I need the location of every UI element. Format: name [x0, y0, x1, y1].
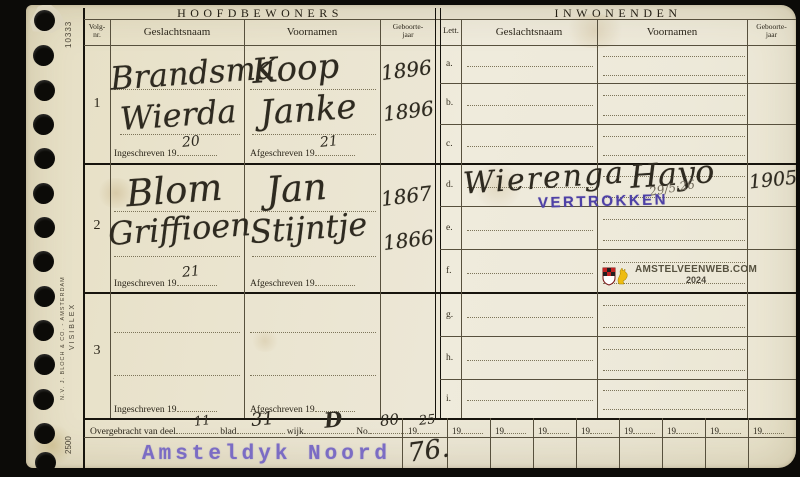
address-stamp: Amsteldyk Noord: [142, 443, 391, 466]
ingeschreven-field: Ingeschreven 1921: [114, 276, 217, 289]
row-letter: b.: [446, 98, 453, 108]
block-number: 1: [84, 96, 110, 112]
binder-hole: [34, 80, 55, 101]
row-letter: i.: [446, 394, 451, 404]
binder-hole: [33, 45, 54, 66]
binder-hole: [34, 354, 55, 375]
entry-birthyear: 1896: [380, 57, 433, 83]
column-header-firstnames-left: Voornamen: [244, 26, 380, 38]
column-header-lett: Lett.: [441, 25, 461, 35]
column-header-birthyear-left: Geboorte- jaar: [380, 23, 436, 39]
vertrokken-stamp: VERTROKKEN: [538, 191, 668, 211]
section-title-hoofdbewoners: HOOFDBEWONERS: [84, 6, 436, 21]
serial-number-top: 10333: [64, 8, 73, 48]
watermark-site: AMSTELVEENWEB.COM: [635, 264, 757, 275]
row-letter: e.: [446, 223, 453, 233]
entry-firstnames: Janke: [259, 90, 358, 131]
binder-hole: [35, 452, 56, 473]
table-left-border: [83, 8, 85, 468]
year-cell: 19: [538, 424, 569, 436]
print-count: 2500: [64, 418, 73, 454]
entry-surname: Wierda: [119, 95, 237, 135]
binder-hole: [34, 10, 55, 31]
scan-background: 10333 N.V. J. BLOCH & CO. - AMSTERDAM VI…: [0, 0, 800, 477]
manufacturer-name: N.V. J. BLOCH & CO. - AMSTERDAM: [60, 150, 66, 400]
column-header-surname-left: Geslachtsnaam: [110, 26, 244, 38]
year-cell: 19: [667, 424, 698, 436]
watermark-year: 2024: [635, 275, 757, 285]
row-letter: a.: [446, 59, 453, 69]
register-card: 10333 N.V. J. BLOCH & CO. - AMSTERDAM VI…: [26, 5, 796, 468]
entry-firstnames: Jan: [265, 168, 328, 209]
entry-firstnames: Stijntje: [249, 208, 368, 248]
year-cell: 19: [624, 424, 655, 436]
blad-value: 31: [250, 410, 275, 430]
row-letter: h.: [446, 353, 453, 363]
block-number: 2: [84, 218, 110, 234]
year-cell: 19: [710, 424, 741, 436]
binder-hole: [33, 320, 54, 341]
binder-hole: [33, 389, 54, 410]
entry-surname: Blom: [125, 169, 224, 213]
year-cell-value: 25: [418, 413, 436, 428]
binder-hole: [34, 217, 55, 238]
row-letter: g.: [446, 310, 453, 320]
binder-hole: [34, 286, 55, 307]
entry-firstnames: Koop: [251, 49, 340, 89]
block-number: 3: [84, 343, 110, 359]
amstelveen-coat-of-arms-icon: [601, 266, 631, 291]
watermark: AMSTELVEENWEB.COM 2024: [601, 264, 757, 291]
row-letter: c.: [446, 139, 453, 149]
afgeschreven-field: Afgeschreven 19: [250, 276, 355, 289]
binder-hole: [34, 148, 55, 169]
center-divider: [435, 8, 441, 418]
paper-stain: [250, 330, 280, 352]
column-header-birthyear-right: Geboorte- jaar: [747, 23, 796, 39]
afgeschreven-year-value: 21: [319, 134, 338, 150]
deel-value: 11: [193, 414, 211, 429]
row-letter: f.: [446, 266, 452, 276]
afgeschreven-field: Afgeschreven 1921: [250, 146, 355, 159]
year-cell: 19: [452, 424, 483, 436]
column-header-firstnames-right: Voornamen: [597, 26, 747, 38]
entry-birthyear: 1896: [382, 98, 435, 124]
overgebracht-field: Overgebracht van deel11 blad31 wijkD No.…: [90, 424, 410, 437]
entry-birthyear: 1866: [382, 227, 435, 253]
row-letter: d.: [446, 180, 453, 190]
house-number: 76.: [406, 435, 451, 467]
year-cell: 19: [753, 424, 784, 436]
column-header-volgnr: Volg- nr.: [84, 23, 110, 39]
wijk-value: D: [323, 408, 343, 431]
binder-hole: [33, 251, 54, 272]
brand-name: VISIBLEX: [69, 200, 76, 350]
binder-hole: [33, 114, 54, 135]
column-header-surname-right: Geslachtsnaam: [461, 26, 597, 38]
year-cell: 19: [581, 424, 612, 436]
ingeschreven-year-value: 21: [181, 264, 200, 280]
no-value: 80: [379, 412, 400, 429]
entry-birthyear: 1867: [380, 183, 433, 209]
binder-hole: [33, 183, 54, 204]
entry-birthyear: 1905: [748, 169, 796, 193]
binder-hole: [34, 423, 55, 444]
ingeschreven-field: Ingeschreven 1920: [114, 146, 217, 159]
year-cell: 19: [495, 424, 526, 436]
section-title-inwonenden: INWONENDEN: [440, 6, 796, 21]
entry-surname: Griffioen: [107, 208, 252, 250]
ingeschreven-year-value: 20: [181, 134, 200, 150]
